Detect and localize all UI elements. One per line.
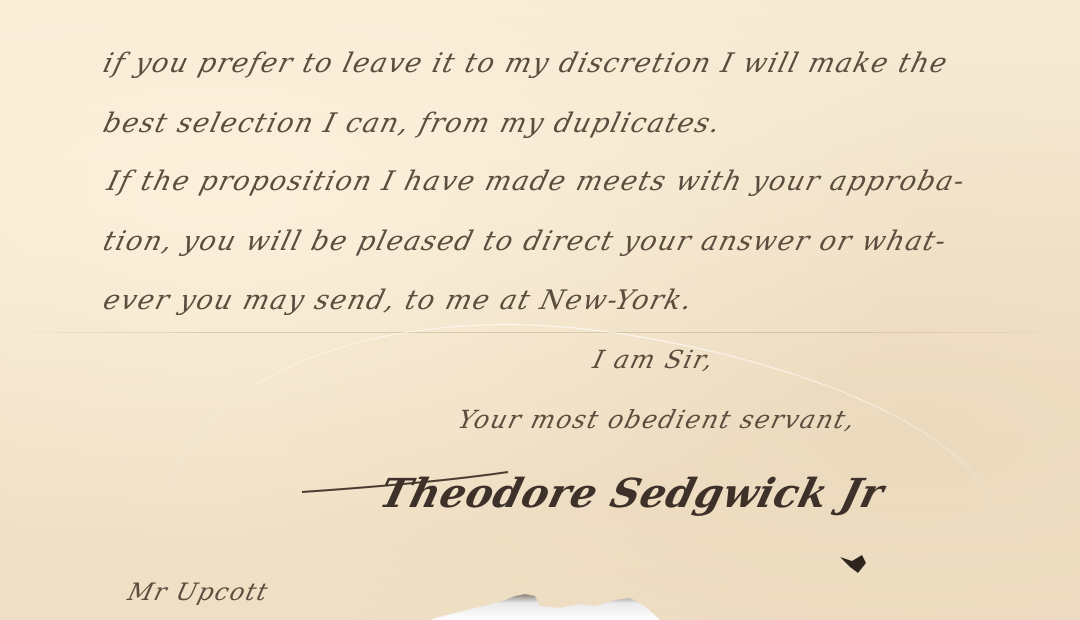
letter-signature: Theodore Sedgwick Jr (375, 470, 889, 517)
letter-line-3: If the proposition I have made meets wit… (104, 166, 969, 197)
letter-valediction: Your most obedient servant, (455, 405, 859, 434)
paper-fold-line (0, 332, 1080, 333)
letter-line-1: if you prefer to leave it to my discreti… (100, 48, 952, 79)
letter-line-4: tion, you will be pleased to direct your… (100, 226, 950, 257)
torn-edge-icon (430, 588, 660, 620)
letter-line-5: ever you may send, to me at New-York. (100, 285, 696, 316)
letter-line-2: best selection I can, from my duplicates… (100, 108, 725, 139)
letter-closing: I am Sir, (590, 345, 717, 374)
letter-addressee: Mr Upcott (125, 578, 272, 606)
ink-blot-icon (838, 553, 868, 575)
